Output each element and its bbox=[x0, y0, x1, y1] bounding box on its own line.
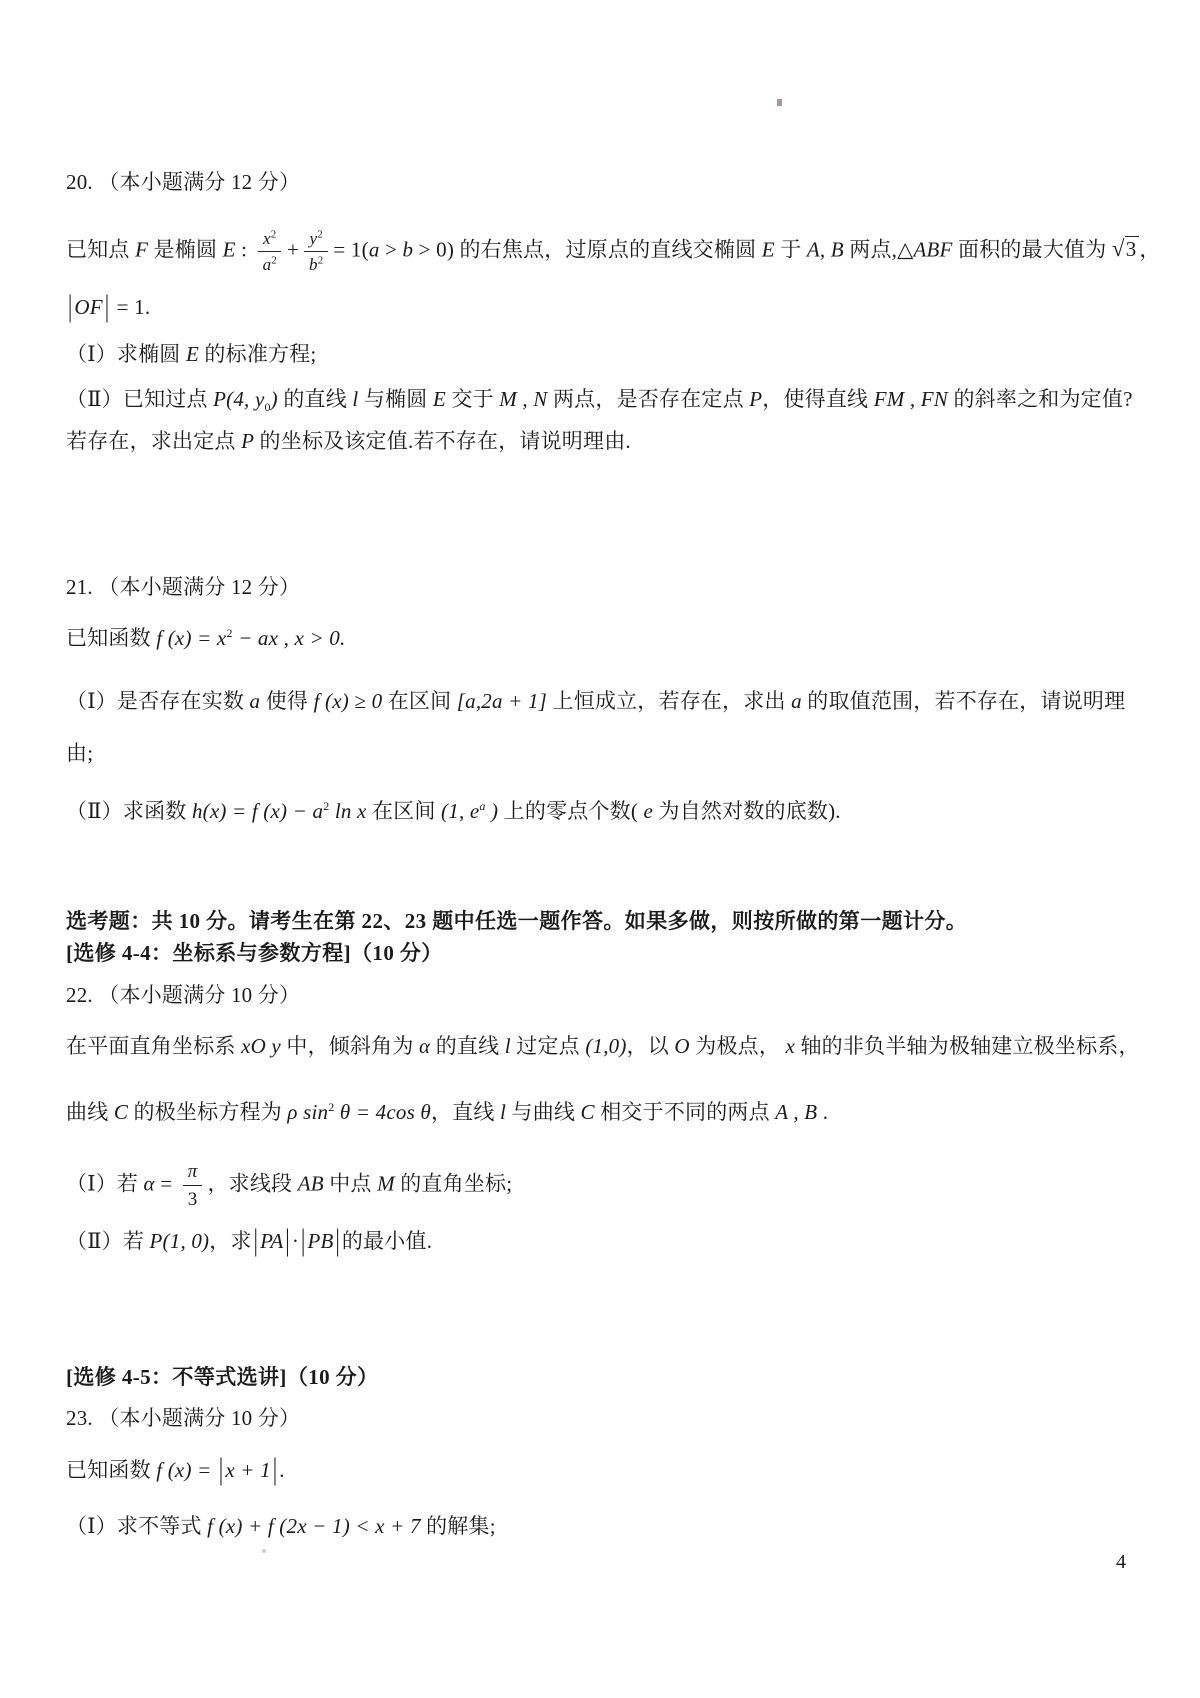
text-segment: 的坐标及该定值.若不存在，请说明理由. bbox=[254, 429, 631, 453]
q21-part1-continued: 由; bbox=[66, 739, 93, 767]
math-segment: − ax bbox=[233, 626, 284, 650]
math-segment: x + 1 bbox=[225, 1458, 271, 1482]
math-segment: : bbox=[236, 237, 253, 261]
math-segment: (1, e bbox=[441, 799, 479, 823]
q23-title-text: 23. （本小题满分 10 分） bbox=[66, 1406, 300, 1430]
text-segment: （Ⅰ）求不等式 bbox=[66, 1514, 207, 1538]
text-segment: 的标准方程; bbox=[199, 342, 316, 366]
fraction-denominator: a2 bbox=[258, 252, 282, 275]
text-segment: 的直线 bbox=[278, 387, 353, 411]
abs-bar: | bbox=[219, 1449, 223, 1490]
math-segment: f (x) + f (2x − 1) < x + 7 bbox=[207, 1514, 421, 1538]
math-segment: AB bbox=[298, 1171, 324, 1195]
math-segment: θ = 4cos θ bbox=[334, 1100, 431, 1124]
math-segment: + bbox=[287, 237, 299, 261]
math-segment: (1,0) bbox=[585, 1034, 626, 1058]
text-segment: 轴的非负半轴为极轴建立极坐标系， bbox=[795, 1034, 1140, 1058]
q20-part1: （Ⅰ）求椭圆 E 的标准方程; bbox=[66, 340, 316, 368]
fraction-denominator: 3 bbox=[183, 1186, 203, 1211]
text-segment: 的极坐标方程为 bbox=[128, 1100, 287, 1124]
text-segment: 两点，是否存在定点 bbox=[548, 387, 750, 411]
math-segment: FM , FN bbox=[874, 387, 948, 411]
text-segment: 与椭圆 bbox=[358, 387, 433, 411]
math-segment: b bbox=[402, 237, 413, 261]
math-segment: ) bbox=[486, 799, 499, 823]
fraction-numerator: π bbox=[183, 1160, 203, 1186]
text-segment: 与曲线 bbox=[506, 1100, 581, 1124]
q20-of-equation: |OF| = 1. bbox=[66, 293, 150, 321]
text-segment: 若存在，求出定点 bbox=[66, 429, 241, 453]
text-segment: 的解集; bbox=[421, 1514, 496, 1538]
text-segment: 的斜率之和为定值? bbox=[948, 387, 1133, 411]
abs-bar: | bbox=[273, 1449, 277, 1490]
q20-title: 20. （本小题满分 12 分） bbox=[66, 168, 300, 196]
q20-title-text: 20. （本小题满分 12 分） bbox=[66, 170, 300, 194]
text-segment: ，求 bbox=[209, 1229, 251, 1253]
math-segment: = 1( bbox=[333, 237, 368, 261]
text-segment: 的右焦点，过原点的直线交椭圆 bbox=[454, 237, 762, 261]
text-segment: 使得 bbox=[260, 689, 313, 713]
text-segment: 的直线 bbox=[430, 1034, 505, 1058]
abs-bar: | bbox=[301, 1220, 305, 1261]
math-segment: O bbox=[674, 1034, 689, 1058]
text-segment: 相交于不同的两点 bbox=[595, 1100, 776, 1124]
math-segment: x bbox=[263, 229, 271, 248]
math-segment: α bbox=[419, 1034, 430, 1058]
fraction-numerator: x2 bbox=[258, 228, 281, 252]
scan-speck bbox=[777, 99, 782, 106]
text-segment: 曲线 bbox=[66, 1100, 114, 1124]
q22-statement-1: 在平面直角坐标系 xO y 中，倾斜角为 α 的直线 l 过定点 (1,0)，以… bbox=[66, 1032, 1140, 1060]
text-segment: （Ⅱ）已知过点 bbox=[66, 387, 213, 411]
text-segment: 的取值范围，若不存在，请说明理 bbox=[802, 689, 1125, 713]
text-segment: 两点,△ bbox=[844, 237, 914, 261]
q22-title: 22. （本小题满分 10 分） bbox=[66, 981, 300, 1009]
q21-title-text: 21. （本小题满分 12 分） bbox=[66, 575, 300, 599]
superscript: 2 bbox=[318, 254, 324, 266]
text-segment: 面积的最大值为 bbox=[953, 237, 1112, 261]
math-segment: A , B bbox=[775, 1100, 817, 1124]
text-segment: 在区间 bbox=[367, 799, 442, 823]
text-segment: 上的零点个数( bbox=[498, 799, 643, 823]
math-segment: , x > 0. bbox=[284, 626, 346, 650]
math-segment: ρ sin bbox=[287, 1100, 328, 1124]
text-segment: 为自然对数的底数). bbox=[653, 799, 841, 823]
text-segment: 由; bbox=[66, 741, 93, 765]
fraction-numerator: y2 bbox=[304, 228, 327, 252]
q22-title-text: 22. （本小题满分 10 分） bbox=[66, 983, 300, 1007]
q21-part2: （Ⅱ）求函数 h(x) = f (x) − a2 ln x 在区间 (1, ea… bbox=[66, 797, 841, 825]
math-segment: a bbox=[369, 237, 380, 261]
math-segment: x bbox=[786, 1034, 796, 1058]
math-segment: xO y bbox=[241, 1034, 281, 1058]
math-segment: E bbox=[433, 387, 446, 411]
exam-paper-page: 20. （本小题满分 12 分） 已知点 F 是椭圆 E : x2a2+y2b2… bbox=[0, 0, 1200, 1698]
math-segment: ) bbox=[271, 387, 278, 411]
fraction-y2-b2: y2b2 bbox=[304, 228, 328, 275]
text-segment: （Ⅰ）是否存在实数 bbox=[66, 689, 250, 713]
q20-part2-continued: 若存在，求出定点 P 的坐标及该定值.若不存在，请说明理由. bbox=[66, 427, 631, 455]
fraction-pi-3: π3 bbox=[183, 1160, 203, 1211]
math-segment: = bbox=[155, 1171, 178, 1195]
math-segment: ln x bbox=[329, 799, 366, 823]
text-segment: ，直线 bbox=[431, 1100, 500, 1124]
math-segment: > bbox=[380, 237, 403, 261]
math-segment: PA bbox=[260, 1229, 283, 1253]
sqrt-3: √3 bbox=[1112, 237, 1140, 261]
math-segment: P(4, y bbox=[213, 387, 264, 411]
math-segment: P bbox=[749, 387, 762, 411]
math-segment: f (x) = bbox=[156, 1458, 217, 1482]
math-segment: [a,2a + 1] bbox=[457, 689, 547, 713]
text-segment: 中，倾斜角为 bbox=[281, 1034, 419, 1058]
math-segment: a bbox=[791, 689, 802, 713]
text-segment: [选修 4-4：坐标系与参数方程]（10 分） bbox=[66, 941, 443, 965]
text-segment: 的直角坐标; bbox=[395, 1171, 512, 1195]
scan-speck bbox=[262, 1549, 266, 1553]
math-segment: f (x) ≥ 0 bbox=[314, 689, 383, 713]
q21-part1: （Ⅰ）是否存在实数 a 使得 f (x) ≥ 0 在区间 [a,2a + 1] … bbox=[66, 687, 1125, 715]
math-segment: E bbox=[762, 237, 775, 261]
math-segment: P bbox=[241, 429, 254, 453]
text-segment: （Ⅱ）求函数 bbox=[66, 799, 192, 823]
math-segment: ABF bbox=[913, 237, 952, 261]
radical-sign: √ bbox=[1112, 236, 1125, 261]
fraction-denominator: b2 bbox=[304, 252, 328, 275]
q21-title: 21. （本小题满分 12 分） bbox=[66, 573, 300, 601]
text-segment: ，以 bbox=[627, 1034, 675, 1058]
text-segment: ，使得直线 bbox=[762, 387, 873, 411]
superscript: 2 bbox=[317, 228, 323, 240]
radicand: 3 bbox=[1125, 236, 1140, 261]
text-segment: 已知函数 bbox=[66, 1458, 156, 1482]
text-segment: 在平面直角坐标系 bbox=[66, 1034, 241, 1058]
math-segment: C bbox=[581, 1100, 595, 1124]
math-segment: A, B bbox=[807, 237, 844, 261]
q21-statement: 已知函数 f (x) = x2 − ax , x > 0. bbox=[66, 624, 345, 652]
q22-part2: （Ⅱ）若 P(1, 0)，求|PA|·|PB|的最小值. bbox=[66, 1227, 432, 1255]
section-4-4-header: [选修 4-4：坐标系与参数方程]（10 分） bbox=[66, 939, 443, 967]
q20-statement: 已知点 F 是椭圆 E : x2a2+y2b2= 1(a > b > 0) 的右… bbox=[66, 228, 1161, 275]
text-segment: （Ⅰ）求椭圆 bbox=[66, 342, 186, 366]
math-segment: M , N bbox=[499, 387, 547, 411]
text-segment: 是椭圆 bbox=[148, 237, 223, 261]
q20-part2: （Ⅱ）已知过点 P(4, y0) 的直线 l 与椭圆 E 交于 M , N 两点… bbox=[66, 385, 1133, 413]
fraction-x2-a2: x2a2 bbox=[258, 228, 282, 275]
text-segment: ， bbox=[1139, 237, 1160, 261]
math-segment: a bbox=[250, 689, 261, 713]
text-segment: ，求线段 bbox=[207, 1171, 297, 1195]
math-segment: M bbox=[377, 1171, 395, 1195]
text-segment: . bbox=[817, 1100, 828, 1124]
text-segment: 为极点， bbox=[690, 1034, 786, 1058]
q22-statement-2: 曲线 C 的极坐标方程为 ρ sin2 θ = 4cos θ，直线 l 与曲线 … bbox=[66, 1098, 828, 1126]
math-segment: a bbox=[263, 255, 272, 274]
math-segment: b bbox=[309, 255, 318, 274]
q23-statement: 已知函数 f (x) = |x + 1|. bbox=[66, 1456, 285, 1484]
math-segment: α bbox=[144, 1171, 155, 1195]
optional-section-note: 选考题：共 10 分。请考生在第 22、23 题中任选一题作答。如果多做，则按所… bbox=[66, 907, 967, 935]
math-segment: h(x) = f (x) − a bbox=[192, 799, 323, 823]
text-segment: （Ⅰ）若 bbox=[66, 1171, 144, 1195]
math-segment: = 1. bbox=[111, 295, 150, 319]
math-segment: > 0) bbox=[413, 237, 454, 261]
math-segment: P(1, 0) bbox=[150, 1229, 210, 1253]
q23-part1: （Ⅰ）求不等式 f (x) + f (2x − 1) < x + 7 的解集; bbox=[66, 1512, 496, 1540]
page-number: 4 bbox=[1116, 1551, 1126, 1574]
text-segment: 的最小值. bbox=[342, 1229, 432, 1253]
text-segment: 选考题：共 10 分。请考生在第 22、23 题中任选一题作答。如果多做，则按所… bbox=[66, 909, 967, 933]
text-segment: （Ⅱ）若 bbox=[66, 1229, 150, 1253]
text-segment: 上恒成立，若存在，求出 bbox=[547, 689, 791, 713]
math-segment: f (x) = x bbox=[156, 626, 226, 650]
abs-bar: | bbox=[254, 1220, 258, 1261]
text-segment: 已知函数 bbox=[66, 626, 156, 650]
math-segment: OF bbox=[74, 295, 102, 319]
text-segment: 已知点 bbox=[66, 237, 135, 261]
superscript: 2 bbox=[271, 254, 277, 266]
q22-part1: （Ⅰ）若 α = π3，求线段 AB 中点 M 的直角坐标; bbox=[66, 1160, 512, 1211]
abs-bar: | bbox=[68, 286, 72, 327]
text-segment: 于 bbox=[775, 237, 807, 261]
text-segment: 过定点 bbox=[511, 1034, 586, 1058]
q23-title: 23. （本小题满分 10 分） bbox=[66, 1404, 300, 1432]
abs-bar: | bbox=[285, 1220, 289, 1261]
math-segment: F bbox=[135, 237, 148, 261]
section-4-5-header: [选修 4-5：不等式选讲]（10 分） bbox=[66, 1363, 378, 1391]
multiplication-dot: · bbox=[292, 1229, 299, 1253]
text-segment: 中点 bbox=[324, 1171, 377, 1195]
text-segment: 在区间 bbox=[382, 689, 457, 713]
superscript: 2 bbox=[271, 228, 277, 240]
text-segment: [选修 4-5：不等式选讲]（10 分） bbox=[66, 1365, 378, 1389]
abs-bar: | bbox=[336, 1220, 340, 1261]
math-segment: PB bbox=[307, 1229, 333, 1253]
math-segment: E bbox=[223, 237, 236, 261]
math-segment: E bbox=[186, 342, 199, 366]
math-segment: e bbox=[644, 799, 654, 823]
text-segment: . bbox=[279, 1458, 284, 1482]
math-segment: C bbox=[114, 1100, 128, 1124]
abs-bar: | bbox=[105, 286, 109, 327]
text-segment: 交于 bbox=[446, 387, 499, 411]
